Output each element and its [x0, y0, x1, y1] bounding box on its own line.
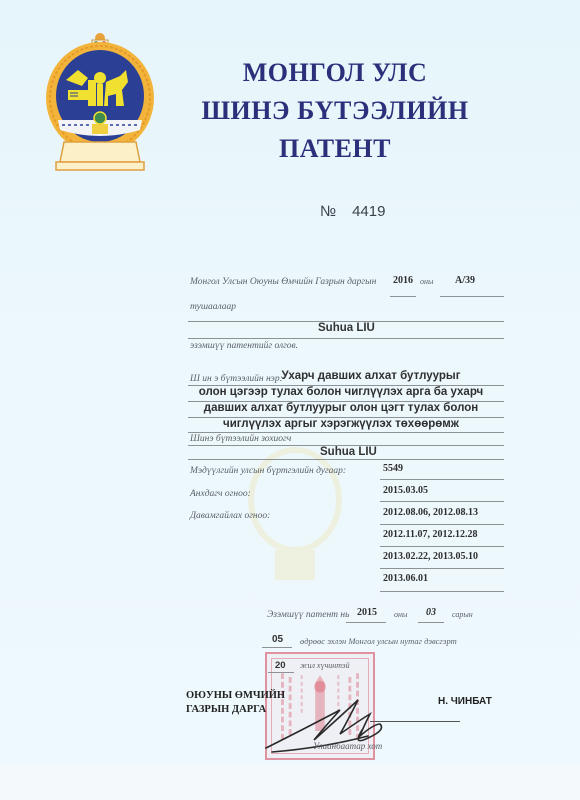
invention-rule-4 — [188, 432, 504, 433]
filing-date-value: 2015.03.05 — [383, 485, 428, 496]
invention-title: Ухарч давших алхат бутлуурыг олон цэгээр… — [176, 370, 506, 430]
invention-title-line-3: давших алхат бутлуурыг олон цэгт тулах б… — [176, 402, 506, 414]
order-number: A/39 — [455, 275, 475, 286]
invention-title-line-1: Ухарч давших алхат бутлуурыг — [236, 370, 506, 382]
owner-label: эзэмшүү патентийг олгов. — [190, 341, 298, 351]
inventor-label: Шинэ бүтээлийн зохиогч — [190, 434, 291, 444]
inventor-name: Suhua LIU — [320, 446, 377, 458]
patent-number-value: 4419 — [352, 203, 385, 220]
patent-number: №4419 — [320, 203, 385, 220]
priority-rule-1 — [380, 524, 504, 525]
order-number-rule — [440, 296, 504, 297]
title-line-1: МОНГОЛ УЛС — [190, 58, 480, 88]
page-bottom-margin — [0, 765, 580, 800]
order-year-suffix: оны — [420, 277, 433, 286]
filing-date-label: Анхдагч огноо: — [190, 489, 251, 499]
validity-year: 2015 — [357, 607, 377, 618]
application-number-value: 5549 — [383, 463, 403, 474]
priority-date-value-3: 2013.02.22, 2013.05.10 — [383, 551, 478, 562]
filing-date-rule — [380, 501, 504, 502]
priority-rule-2 — [380, 546, 504, 547]
order-year-rule — [390, 296, 416, 297]
validity-years: 20 — [275, 660, 286, 671]
application-number-rule — [380, 479, 504, 480]
validity-day-rule — [262, 647, 292, 648]
priority-date-value-2: 2012.11.07, 2012.12.28 — [383, 529, 477, 540]
number-symbol: № — [320, 203, 336, 220]
validity-month: 03 — [426, 607, 436, 618]
priority-date-label: Давамгайлах огноо: — [190, 511, 270, 521]
validity-year-rule — [346, 622, 386, 623]
order-authority-label: Монгол Улсын Оюуны Өмчийн Газрын даргын — [190, 277, 376, 287]
title-line-3: ПАТЕНТ — [190, 134, 480, 164]
validity-month-suffix: сарын — [452, 610, 473, 619]
validity-prefix: Эзэмшүү патент нь — [267, 610, 349, 620]
priority-rule-3 — [380, 568, 504, 569]
owner-name: Suhua LIU — [318, 322, 375, 334]
validity-year-suffix: оны — [394, 610, 407, 619]
validity-years-rule — [268, 672, 294, 673]
validity-day-suffix: өдрөөс эхлэн Монгол улсын нутаг дэвсгэрт — [300, 636, 457, 646]
invention-title-line-2: олон цэгээр тулах болон чиглүүлэх арга б… — [176, 386, 506, 398]
application-number-label: Мэдүүлгийн улсын бүртгэлийн дугаар: — [190, 466, 346, 476]
order-year: 2016 — [393, 275, 413, 286]
validity-month-rule — [418, 622, 444, 623]
order-suffix: тушаалаар — [190, 302, 236, 312]
signer-name: Н. ЧИНБАТ — [438, 696, 492, 707]
signatory-title-line-2: ГАЗРЫН ДАРГА — [186, 704, 266, 715]
owner-rule-bottom — [188, 338, 504, 339]
validity-day: 05 — [272, 634, 283, 645]
validity-years-suffix: жил хүчинтэй — [300, 661, 350, 670]
mongolia-state-emblem-icon — [44, 30, 156, 172]
priority-date-value-4: 2013.06.01 — [383, 573, 428, 584]
inventor-rule-bottom — [188, 459, 504, 460]
city-label: Улаанбаатар хот — [313, 741, 382, 751]
priority-date-value-1: 2012.08.06, 2012.08.13 — [383, 507, 478, 518]
priority-rule-4 — [380, 591, 504, 592]
title-line-2: ШИНЭ БҮТЭЭЛИЙН — [190, 96, 480, 126]
invention-title-line-4: чиглүүлэх аргыг хэрэгжүүлэх төхөөрөмж — [176, 418, 506, 430]
